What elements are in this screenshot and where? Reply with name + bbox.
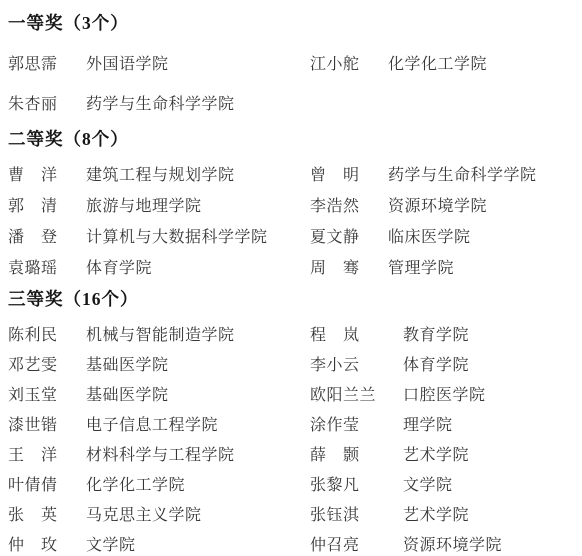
award-entry: 涂作莹 理学院: [310, 412, 578, 435]
winner-college: 基础医学院: [86, 352, 169, 375]
award-entry: 张钰淇 艺术学院: [310, 502, 578, 525]
winner-name: 刘玉堂: [8, 382, 86, 405]
award-entry: 夏文静 临床医学院: [310, 224, 578, 247]
award-entry: 曹 洋 建筑工程与规划学院: [8, 162, 310, 185]
award-entry: 袁璐瑶 体育学院: [8, 255, 310, 278]
winner-name: 潘 登: [8, 224, 86, 247]
award-row: 陈利民 机械与智能制造学院 程 岚 教育学院: [8, 318, 578, 348]
winner-name: 郭思霈: [8, 51, 86, 74]
award-entry: 仲召亮 资源环境学院: [310, 532, 578, 555]
winner-college: 机械与智能制造学院: [86, 322, 235, 345]
award-entry: 薛 颢 艺术学院: [310, 442, 578, 465]
award-entry: 刘玉堂 基础医学院: [8, 382, 310, 405]
section-second-prize: 二等奖（8个） 曹 洋 建筑工程与规划学院 曾 明 药学与生命科学学院 郭 清 …: [8, 126, 578, 282]
award-list-document: 一等奖（3个） 郭思霈 外国语学院 江小舵 化学化工学院 朱杏丽 药学与生命科学…: [0, 0, 582, 556]
winner-college: 计算机与大数据科学学院: [86, 224, 268, 247]
winner-college: 口腔医学院: [403, 382, 486, 405]
winner-name: 曾 明: [310, 162, 388, 185]
winner-college: 电子信息工程学院: [86, 412, 218, 435]
winner-name: 漆世锴: [8, 412, 86, 435]
winner-college: 教育学院: [403, 322, 469, 345]
winner-college: 艺术学院: [403, 442, 469, 465]
award-entry: 程 岚 教育学院: [310, 322, 578, 345]
award-entry: 邓艺雯 基础医学院: [8, 352, 310, 375]
winner-college: 基础医学院: [86, 382, 169, 405]
section-third-prize: 三等奖（16个） 陈利民 机械与智能制造学院 程 岚 教育学院 邓艺雯 基础医学…: [8, 286, 578, 556]
award-entry: 江小舵 化学化工学院: [310, 51, 578, 74]
winner-college: 材料科学与工程学院: [86, 442, 235, 465]
winner-name: 薛 颢: [310, 442, 403, 465]
winner-college: 马克思主义学院: [86, 502, 202, 525]
award-entry: 王 洋 材料科学与工程学院: [8, 442, 310, 465]
award-row: 王 洋 材料科学与工程学院 薛 颢 艺术学院: [8, 438, 578, 468]
winner-college: 体育学院: [86, 255, 152, 278]
award-entry: 仲 玫 文学院: [8, 532, 310, 555]
award-row: 郭思霈 外国语学院 江小舵 化学化工学院: [8, 42, 578, 82]
award-entry: 欧阳兰兰 口腔医学院: [310, 382, 578, 405]
winner-name: 朱杏丽: [8, 91, 86, 114]
award-entry: 陈利民 机械与智能制造学院: [8, 322, 310, 345]
winner-name: 邓艺雯: [8, 352, 86, 375]
winner-name: 张 英: [8, 502, 86, 525]
award-row: 仲 玫 文学院 仲召亮 资源环境学院: [8, 528, 578, 556]
winner-college: 建筑工程与规划学院: [86, 162, 235, 185]
winner-name: 叶倩倩: [8, 472, 86, 495]
winner-name: 郭 清: [8, 193, 86, 216]
award-row: 曹 洋 建筑工程与规划学院 曾 明 药学与生命科学学院: [8, 158, 578, 189]
award-entry: 潘 登 计算机与大数据科学学院: [8, 224, 310, 247]
award-row: 潘 登 计算机与大数据科学学院 夏文静 临床医学院: [8, 220, 578, 251]
award-entry: 李浩然 资源环境学院: [310, 193, 578, 216]
winner-college: 外国语学院: [86, 51, 169, 74]
winner-name: 王 洋: [8, 442, 86, 465]
award-entry: 朱杏丽 药学与生命科学学院: [8, 91, 310, 114]
winner-college: 管理学院: [388, 255, 454, 278]
award-entry: 周 骞 管理学院: [310, 255, 578, 278]
award-entry: 张 英 马克思主义学院: [8, 502, 310, 525]
winner-college: 文学院: [403, 472, 453, 495]
winner-name: 曹 洋: [8, 162, 86, 185]
award-entry: 漆世锴 电子信息工程学院: [8, 412, 310, 435]
section-title-third-prize: 三等奖（16个）: [8, 286, 578, 311]
winner-college: 理学院: [403, 412, 453, 435]
section-title-first-prize: 一等奖（3个）: [8, 10, 578, 35]
winner-name: 程 岚: [310, 322, 403, 345]
award-row: 朱杏丽 药学与生命科学学院: [8, 82, 578, 122]
winner-name: 周 骞: [310, 255, 388, 278]
winner-name: 张黎凡: [310, 472, 403, 495]
winner-college: 旅游与地理学院: [86, 193, 202, 216]
winner-college: 化学化工学院: [86, 472, 185, 495]
award-row: 袁璐瑶 体育学院 周 骞 管理学院: [8, 251, 578, 282]
winner-name: 陈利民: [8, 322, 86, 345]
award-entry: 张黎凡 文学院: [310, 472, 578, 495]
winner-college: 药学与生命科学学院: [388, 162, 537, 185]
award-entry: 李小云 体育学院: [310, 352, 578, 375]
section-first-prize: 一等奖（3个） 郭思霈 外国语学院 江小舵 化学化工学院 朱杏丽 药学与生命科学…: [8, 10, 578, 122]
winner-college: 文学院: [86, 532, 136, 555]
award-entry: 曾 明 药学与生命科学学院: [310, 162, 578, 185]
winner-name: 李小云: [310, 352, 403, 375]
winner-college: 体育学院: [403, 352, 469, 375]
award-row: 张 英 马克思主义学院 张钰淇 艺术学院: [8, 498, 578, 528]
winner-name: 张钰淇: [310, 502, 403, 525]
winner-name: 李浩然: [310, 193, 388, 216]
winner-name: 欧阳兰兰: [310, 382, 403, 405]
award-row: 漆世锴 电子信息工程学院 涂作莹 理学院: [8, 408, 578, 438]
award-row: 邓艺雯 基础医学院 李小云 体育学院: [8, 348, 578, 378]
award-row: 叶倩倩 化学化工学院 张黎凡 文学院: [8, 468, 578, 498]
award-row: 刘玉堂 基础医学院 欧阳兰兰 口腔医学院: [8, 378, 578, 408]
award-entry: 郭 清 旅游与地理学院: [8, 193, 310, 216]
award-row: 郭 清 旅游与地理学院 李浩然 资源环境学院: [8, 189, 578, 220]
winner-name: 袁璐瑶: [8, 255, 86, 278]
winner-name: 江小舵: [310, 51, 388, 74]
award-entry: 叶倩倩 化学化工学院: [8, 472, 310, 495]
winner-name: 夏文静: [310, 224, 388, 247]
winner-name: 仲 玫: [8, 532, 86, 555]
winner-college: 艺术学院: [403, 502, 469, 525]
winner-name: 涂作莹: [310, 412, 403, 435]
winner-name: 仲召亮: [310, 532, 403, 555]
winner-college: 药学与生命科学学院: [86, 91, 235, 114]
winner-college: 临床医学院: [388, 224, 471, 247]
winner-college: 资源环境学院: [388, 193, 487, 216]
section-title-second-prize: 二等奖（8个）: [8, 126, 578, 151]
winner-college: 化学化工学院: [388, 51, 487, 74]
winner-college: 资源环境学院: [403, 532, 502, 555]
award-entry: 郭思霈 外国语学院: [8, 51, 310, 74]
